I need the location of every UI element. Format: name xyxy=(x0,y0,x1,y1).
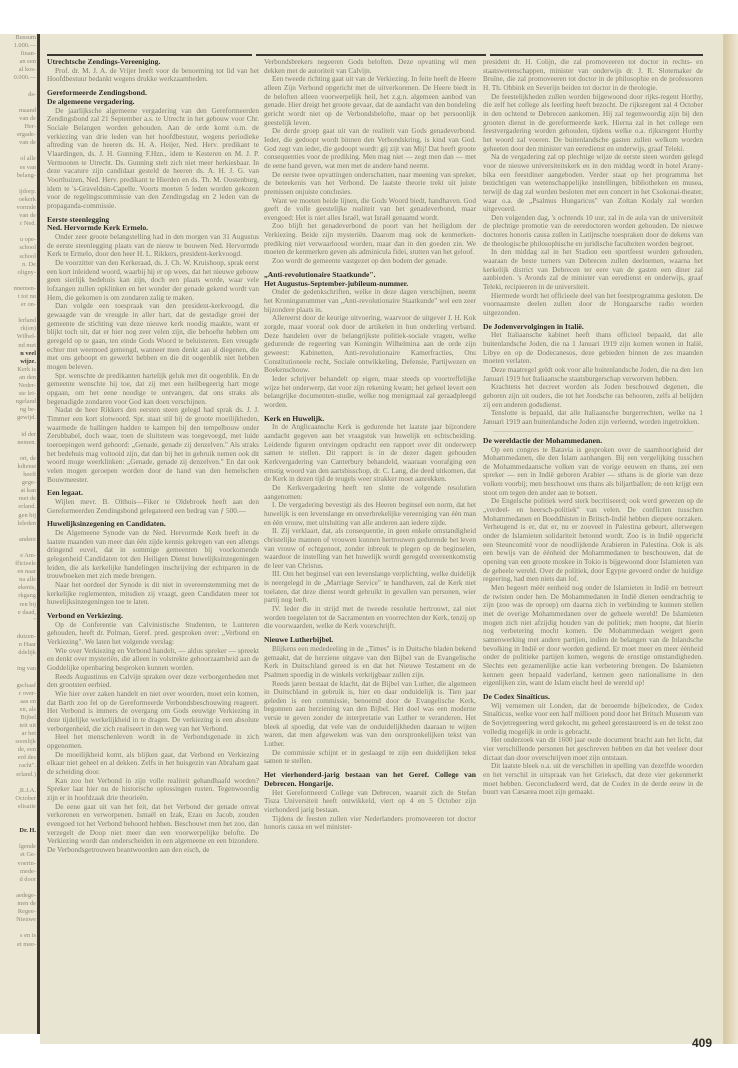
previous-page-fragment: Nieuwe xyxy=(0,916,38,924)
previous-page-fragment: " xyxy=(0,617,38,625)
previous-page-fragment: nemen. xyxy=(0,439,38,447)
previous-page-fragment: finan- xyxy=(0,50,38,58)
article: Gereformeerde Zendingsbond.De algemeene … xyxy=(47,89,259,210)
previous-page-fragment: andere xyxy=(0,536,38,544)
previous-page-fragment xyxy=(0,673,38,681)
previous-page-fragment: men de xyxy=(0,900,38,908)
previous-page-fragment: erd des xyxy=(0,754,38,762)
previous-page-fragment: Wilhel- xyxy=(0,333,38,341)
article-paragraph: Men begeert méér eenheid nog onder de Is… xyxy=(483,584,703,688)
article-paragraph: Krachtens het decreet worden als Joden b… xyxy=(483,383,703,409)
article-paragraph: In den middag zal in het Stadion een spo… xyxy=(483,248,703,291)
previous-page-fragment: ds- xyxy=(0,91,38,99)
article-paragraph: Tenslotte is bepaald, dat alle Italiaans… xyxy=(483,409,703,426)
top-rule xyxy=(47,54,252,56)
previous-page-fragment: erland. xyxy=(0,503,38,511)
article-paragraph: Verbondsbrekers negeeren Gods beloften. … xyxy=(264,58,476,75)
previous-page-fragment: oekerk xyxy=(0,196,38,204)
article-paragraph: Onder zeer groote belangstelling had in … xyxy=(47,233,259,259)
article-paragraph: Reeds jaren bestaat de klacht, dat de Bi… xyxy=(264,680,476,749)
previous-page-fragment: ol alle xyxy=(0,155,38,163)
previous-page-fragment: de, een xyxy=(0,746,38,754)
article-paragraph: Zoo blijft het genadeverbond de poort va… xyxy=(264,222,476,257)
previous-page-fragment: et Ge- xyxy=(0,851,38,859)
article-paragraph: Het Gereformeerd College van Debrecen, w… xyxy=(264,789,476,815)
previous-page-fragment: ar het xyxy=(0,730,38,738)
previous-page-fragment xyxy=(0,228,38,236)
previous-page-fragment: er on- xyxy=(0,301,38,309)
article-paragraph: Hiermede wordt het officieele deel van h… xyxy=(483,292,703,318)
article: Huwelijksinzegening en Candidaten.De Alg… xyxy=(47,520,259,607)
article-paragraph: In de Anglicaansche Kerk is gedurende he… xyxy=(264,423,476,484)
previous-page-fragment: gege- xyxy=(0,479,38,487)
article: Eerste steenleggingNed. Hervormde Kerk E… xyxy=(47,216,259,485)
article: Utrechtsche Zendings-Vereeniging.Prof. d… xyxy=(47,58,259,84)
article-paragraph: Spr. wenschte de predikanten hartelijk g… xyxy=(47,372,259,407)
previous-page-fragment: heeft xyxy=(0,471,38,479)
article-paragraph: Ieder schrijver behandelt op eigen, maar… xyxy=(264,375,476,410)
previous-page-fragment xyxy=(0,147,38,155)
article-paragraph: Zoo wordt de gemeente vastgezet op den b… xyxy=(264,257,476,266)
article-paragraph: II. Zij verklaart, dat, als consequentie… xyxy=(264,527,476,570)
article-paragraph: Het Italiaansche kabinet heeft thans off… xyxy=(483,331,703,366)
previous-page-fragment: ngeland xyxy=(0,398,38,406)
previous-page-fragment: October xyxy=(0,795,38,803)
article-paragraph: De eerste twee opvattingen onderschatten… xyxy=(264,171,476,197)
article-paragraph: IV. Ieder die in strijd met de tweede re… xyxy=(264,605,476,631)
previous-page-fragment: vormde xyxy=(0,204,38,212)
previous-page-fragment xyxy=(0,309,38,317)
article-paragraph: Heel het menschenleven wordt in de Verbo… xyxy=(47,733,259,750)
article: De Codex Sinaïticus.Wij vernemen uit Lon… xyxy=(483,693,703,797)
article: Nieuwe Lutherbijbel.Blijkens een mededee… xyxy=(264,636,476,766)
previous-page-fragment: lerland xyxy=(0,317,38,325)
article-heading: De algemeene vergadering. xyxy=(47,98,259,107)
article-heading: Het Augustus-September-jubileum-nummer. xyxy=(264,280,476,289)
previous-page-fragment: school xyxy=(0,244,38,252)
previous-page-fragment xyxy=(0,277,38,285)
previous-page-fragment: van de xyxy=(0,115,38,123)
article-paragraph: president dr. H. Colijn, die zal promove… xyxy=(483,58,703,93)
article-paragraph: I. De vergadering bevestigt als des Heer… xyxy=(264,501,476,527)
previous-page-fragment: lgende xyxy=(0,843,38,851)
article: Verbondsbrekers negeeren Gods beloften. … xyxy=(264,58,476,266)
previous-page-fragment xyxy=(0,811,38,819)
previous-page-fragment: at kan xyxy=(0,487,38,495)
article: Een legaat.Wijlen mevr. B. Olthuis—Fiker… xyxy=(47,489,259,515)
article-paragraph: Op de Conferentie van Calvinistische Stu… xyxy=(47,621,259,647)
previous-page-fragment: aas en xyxy=(0,698,38,706)
previous-page-fragment xyxy=(0,625,38,633)
article-paragraph: De eene gaat uit van het feit, dat het V… xyxy=(47,803,259,855)
previous-page-fragment xyxy=(0,83,38,91)
article-paragraph: De Engelsche politiek werd sterk becriti… xyxy=(483,497,703,584)
article: De wereldactie der Mohammedanen.Op een c… xyxy=(483,431,703,688)
previous-page-margin: Bussum1.000.—finan-an eenal kos-0.000.— … xyxy=(0,34,38,1034)
previous-page-fragment: ing van xyxy=(0,665,38,673)
previous-page-fragment: oligny- xyxy=(0,269,38,277)
previous-page-fragment: e Am- xyxy=(0,552,38,560)
article-paragraph: De derde groep gaat uit van de realiteit… xyxy=(264,127,476,170)
previous-page-fragment xyxy=(0,779,38,787)
previous-page-fragment: ijdorp. xyxy=(0,188,38,196)
article-heading: De Codex Sinaïticus. xyxy=(483,693,703,702)
previous-page-fragment: Regee- xyxy=(0,908,38,916)
article-paragraph: Naar het oordeel der Synode is dit niet … xyxy=(47,581,259,607)
article-heading: Utrechtsche Zendings-Vereeniging. xyxy=(47,58,259,67)
article: Kerk en Huwelijk.In de Anglicaansche Ker… xyxy=(264,415,476,632)
article-heading: De Jodenvervolgingen in Italië. xyxy=(483,323,703,332)
article: president dr. H. Colijn, die zal promove… xyxy=(483,58,703,318)
previous-page-fragment xyxy=(0,423,38,431)
previous-page-fragment: n veel xyxy=(0,350,38,358)
article-paragraph: De jaarlijksche algemeene vergadering va… xyxy=(47,107,259,211)
article-paragraph: De commissie schijnt er in geslaagd te z… xyxy=(264,749,476,766)
article-paragraph: De Algemeene Synode van de Ned. Hervormd… xyxy=(47,529,259,581)
article-paragraph: Wie hier over zaken handelt en niet over… xyxy=(47,690,259,733)
previous-page-fragment: ren bij xyxy=(0,601,38,609)
previous-page-fragment: van de xyxy=(0,212,38,220)
article-paragraph: Wijlen mevr. B. Olthuis—Fiker te Oldebro… xyxy=(47,498,259,515)
article-paragraph: De Kerkvergadering heeft ten slotte de v… xyxy=(264,484,476,501)
article-heading: Kerk en Huwelijk. xyxy=(264,415,476,424)
article-heading: Ned. Hervormde Kerk Ermelo. xyxy=(47,224,259,233)
previous-page-fragment: Kerk is xyxy=(0,366,38,374)
previous-page-fragment: kdienst xyxy=(0,463,38,471)
previous-page-fragment: aedege- xyxy=(0,892,38,900)
top-rule xyxy=(490,54,703,56)
article-paragraph: Den volgenden dag, 's ochtends 10 uur, z… xyxy=(483,214,703,249)
previous-page-fragment xyxy=(0,819,38,827)
previous-page-fragment xyxy=(0,657,38,665)
article-heading: Verbond en Verkiezing. xyxy=(47,612,259,621)
previous-page-fragment: teit uit xyxy=(0,722,38,730)
article-paragraph: Tijdens de feesten zullen vier Nederland… xyxy=(264,815,476,832)
previous-page-fragment: fficieele xyxy=(0,560,38,568)
previous-page-fragment: e daad, xyxy=(0,609,38,617)
article-paragraph: Dan volgde een toespraak van den preside… xyxy=(47,302,259,371)
previous-page-fragment: soonlijk xyxy=(0,738,38,746)
article-paragraph: Want we moeten beide lijnen, die Gods Wo… xyxy=(264,197,476,223)
article-paragraph: III. Om het beginsel van een levenslange… xyxy=(264,570,476,605)
previous-page-fragment: ort, de xyxy=(0,455,38,463)
article: De Jodenvervolgingen in Italië.Het Itali… xyxy=(483,323,703,427)
newspaper-page: Utrechtsche Zendings-Vereeniging.Prof. d… xyxy=(40,34,723,1044)
previous-page-fragment: 0.000.— xyxy=(0,74,38,82)
previous-page-fragment: d door xyxy=(0,876,38,884)
article-paragraph: Blijkens een mededeeling in de „Times" i… xyxy=(264,645,476,680)
previous-page-fragment xyxy=(0,99,38,107)
article-paragraph: De feestelijkheden zullen worden bijgewo… xyxy=(483,93,703,154)
previous-page-fragment xyxy=(0,544,38,552)
previous-page-fragment xyxy=(0,447,38,455)
article-heading: Nieuwe Lutherbijbel. xyxy=(264,636,476,645)
article-paragraph: Het onderzoek van dit 1600 jaar oude doc… xyxy=(483,736,703,762)
previous-page-fragment: Neder- xyxy=(0,382,38,390)
column-2: Verbondsbrekers negeeren Gods beloften. … xyxy=(264,58,476,832)
article-heading: Huwelijksinzegening en Candidaten. xyxy=(47,520,259,529)
previous-page-fragment: an een xyxy=(0,58,38,66)
article-paragraph: Deze maatregel geldt ook voor alle buite… xyxy=(483,366,703,383)
article: Het vierhonderd-jarig bestaan van het Ge… xyxy=(264,771,476,832)
previous-page-fragment: al kos- xyxy=(0,66,38,74)
previous-page-fragment: n Haar xyxy=(0,641,38,649)
previous-page-fragment: wijze. xyxy=(0,358,38,366)
previous-page-fragment: rkgang xyxy=(0,592,38,600)
previous-page-fragment: nnemen- xyxy=(0,285,38,293)
article-paragraph: Prof. dr. M. J. A. de Vrijer heeft voor … xyxy=(47,67,259,84)
previous-page-fragment: voerin- xyxy=(0,860,38,868)
article-paragraph: Op een congres te Batavia is gesproken o… xyxy=(483,446,703,498)
previous-page-fragment xyxy=(0,924,38,932)
previous-page-fragment: mede- xyxy=(0,868,38,876)
previous-page-fragment: leleden xyxy=(0,520,38,528)
previous-page-fragment: ,R.J.A. xyxy=(0,787,38,795)
article-paragraph: Dit laatste bleek o.a. uit de verschille… xyxy=(483,762,703,797)
previous-page-fragment: r Ned. xyxy=(0,220,38,228)
article-paragraph: De voorzitter van den Kerkeraad, ds. J. … xyxy=(47,259,259,302)
previous-page-fragment: ddelijk xyxy=(0,649,38,657)
previous-page-fragment xyxy=(0,884,38,892)
previous-page-fragment: rk(en) xyxy=(0,325,38,333)
previous-page-fragment: ste lei- xyxy=(0,390,38,398)
previous-page-fragment: ergade- xyxy=(0,131,38,139)
article-paragraph: De moeilijkheid komt, als blijken gaat, … xyxy=(47,751,259,777)
previous-page-fragment: Bussum xyxy=(0,34,38,42)
article-paragraph: Wij vernemen uit Londen, dat de beroemde… xyxy=(483,702,703,737)
article-heading: Een legaat. xyxy=(47,489,259,498)
previous-page-fragment: racht". xyxy=(0,762,38,770)
article: „Anti-revolutionaire Staatkunde".Het Aug… xyxy=(264,271,476,410)
previous-page-fragment: maand xyxy=(0,107,38,115)
previous-page-fragment: an den xyxy=(0,374,38,382)
previous-page-fragment: belang- xyxy=(0,172,38,180)
previous-page-fragment: s en is xyxy=(0,932,38,940)
previous-page-fragment: en, als xyxy=(0,706,38,714)
previous-page-fragment: gen bij xyxy=(0,512,38,520)
article-heading: Het vierhonderd-jarig bestaan van het Ge… xyxy=(264,771,476,789)
article-paragraph: Nadat de heer Rikkers den eersten steen … xyxy=(47,406,259,484)
section-divider xyxy=(493,431,693,432)
article-paragraph: Onder de gedenkschriften, welke in deze … xyxy=(264,288,476,314)
previous-page-fragment: Dr. H. xyxy=(0,827,38,835)
article-paragraph: Wie over Verkiezing en Verbond handelt, … xyxy=(47,647,259,673)
article-heading: De wereldactie der Mohammedanen. xyxy=(483,437,703,446)
previous-page-fragment xyxy=(0,835,38,843)
previous-page-fragment: Her- xyxy=(0,123,38,131)
page-number: 409 xyxy=(692,1036,712,1050)
previous-page-fragment: school xyxy=(0,253,38,261)
previous-page-fragment: t tot nu xyxy=(0,293,38,301)
previous-page-fragment: ng be- xyxy=(0,406,38,414)
previous-page-fragment: van de xyxy=(0,139,38,147)
column-3: president dr. H. Colijn, die zal promove… xyxy=(483,58,703,797)
article-paragraph: Na de vergadering zal op plechtige wijze… xyxy=(483,153,703,214)
previous-page-fragment: u ope- xyxy=(0,236,38,244)
previous-page-fragment xyxy=(0,528,38,536)
column-1: Utrechtsche Zendings-Vereeniging.Prof. d… xyxy=(47,58,259,855)
article: Verbond en Verkiezing.Op de Conferentie … xyxy=(47,612,259,855)
previous-page-fragment: duizen- xyxy=(0,633,38,641)
previous-page-fragment: gewijd. xyxy=(0,414,38,422)
article-paragraph: Kan zoo het Verbond in zijn volle realit… xyxy=(47,777,259,803)
article-paragraph: Een tweede richting gaat uit van de Verk… xyxy=(264,75,476,127)
previous-page-fragment xyxy=(0,180,38,188)
previous-page-fragment: gschaaf xyxy=(0,682,38,690)
previous-page-fragment: elisatie xyxy=(0,803,38,811)
previous-page-fragment: nd met xyxy=(0,342,38,350)
top-rule xyxy=(256,54,486,56)
previous-page-fragment: Bijbel xyxy=(0,714,38,722)
article-paragraph: Reeds Augustinus en Calvijn spraken over… xyxy=(47,673,259,690)
previous-page-fragment: n. De xyxy=(0,261,38,269)
previous-page-fragment: et mee- xyxy=(0,941,38,949)
previous-page-fragment: 1.000.— xyxy=(0,42,38,50)
article-paragraph: Allereerst door de keurige uitvoering, w… xyxy=(264,314,476,375)
previous-page-fragment: es van xyxy=(0,164,38,172)
previous-page-fragment: r over- xyxy=(0,690,38,698)
previous-page-fragment: met de xyxy=(0,495,38,503)
previous-page-fragment: erland.) xyxy=(0,771,38,779)
previous-page-fragment: id der xyxy=(0,431,38,439)
previous-page-fragment: ekenis, xyxy=(0,584,38,592)
previous-page-fragment: en naar xyxy=(0,568,38,576)
previous-page-fragment: na alle xyxy=(0,576,38,584)
